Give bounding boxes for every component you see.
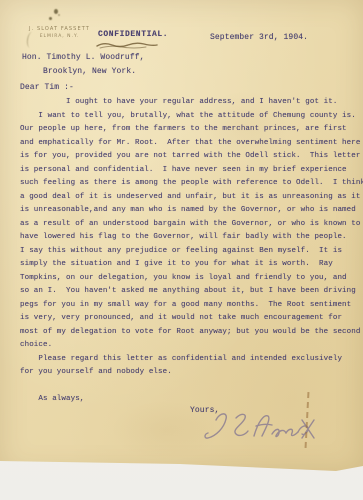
scan-background — [0, 461, 363, 500]
letter-paper: J. SLOAT FASSETT ELMIRA, N.Y. CONFIDENTI… — [0, 0, 363, 472]
ink-smudge — [58, 14, 60, 16]
letter-date: September 3rd, 1904. — [210, 33, 308, 42]
letterhead-name: J. SLOAT FASSETT — [29, 25, 90, 33]
scanned-letter-page: { "letterhead": { "name": "J. SLOAT FASS… — [0, 0, 363, 500]
recipient-name: Hon. Timothy L. Woodruff, — [22, 53, 145, 62]
salutation: Dear Tim :- — [20, 83, 74, 92]
confidential-underline — [96, 41, 158, 49]
letter-body: I ought to have your regular address, an… — [20, 96, 363, 407]
confidential-label: CONFIDENTIAL. — [98, 30, 168, 39]
recipient-address: Brooklyn, New York. — [43, 67, 136, 76]
letterhead: J. SLOAT FASSETT ELMIRA, N.Y. — [29, 25, 90, 41]
ink-smudge — [49, 17, 52, 20]
letterhead-location: ELMIRA, N.Y. — [29, 33, 90, 41]
